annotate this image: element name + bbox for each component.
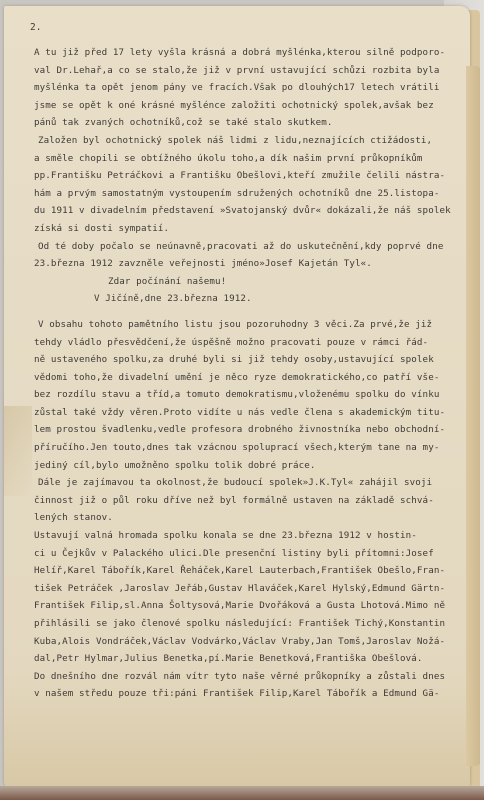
- text-line: val Dr.Lehař,a co se stalo,že již v prvn…: [34, 62, 474, 80]
- text-line: 23.března 1912 zavzněle veřejnosti jméno…: [34, 255, 474, 273]
- text-line: vědomi toho,že divadelní umění je něco r…: [34, 369, 474, 387]
- text-line: Od té doby počalo se neúnavně,pracovati …: [34, 238, 474, 256]
- text-line: přihlásili se jako členové spolku násled…: [34, 615, 474, 633]
- text-line: Helíř,Karel Tábořík,Karel Řeháček,Karel …: [34, 562, 474, 580]
- text-line: dal,Petr Hylmar,Julius Benetka,pí.Marie …: [34, 650, 474, 668]
- text-line: bez rozdílu stavu a tříd,a tomuto demokr…: [34, 386, 474, 404]
- text-line: du 1911 v divadelním představení »Svatoj…: [34, 202, 474, 220]
- page-number: 2.: [30, 22, 41, 33]
- place-date: V Jičíně,dne 23.března 1912.: [34, 290, 474, 308]
- salutation: Zdar počínání našemu!: [34, 273, 474, 291]
- text-line: jsme se opět k oné krásné myšlénce založ…: [34, 97, 474, 115]
- text-line: pp.Františku Petráčkovi a Františku Obeš…: [34, 167, 474, 185]
- text-line: zůstal také vždy věren.Proto vidíte u ná…: [34, 404, 474, 422]
- text-line: a směle chopili se obtížného úkolu toho,…: [34, 150, 474, 168]
- text-line: lem prostou švadlenku,vedle profesora dr…: [34, 421, 474, 439]
- text-line: získá si dosti sympatií.: [34, 220, 474, 238]
- text-line: hám a prvým samostatným vystoupením sdru…: [34, 185, 474, 203]
- text-line: činnost již o půl roku dříve než byl for…: [34, 492, 474, 510]
- text-line: Založen byl ochotnický spolek náš lidmi …: [34, 132, 474, 150]
- typewritten-body: A tu již před 17 lety vyšla krásná a dob…: [34, 44, 474, 703]
- text-line: Do dnešního dne rozvál nám vítr tyto naš…: [34, 668, 474, 686]
- text-line: Kuba,Alois Vondráček,Václav Vodvárko,Vác…: [34, 633, 474, 651]
- text-line: tišek Petráček ,Jaroslav Jeřáb,Gustav Hl…: [34, 580, 474, 598]
- text-line: jediný cíl,bylo umožněno spolku tolik do…: [34, 457, 474, 475]
- text-line: František Filip,sl.Anna Šoltysová,Marie …: [34, 597, 474, 615]
- text-line: v našem středu pouze tři:páni František …: [34, 685, 474, 703]
- table-surface-edge: [0, 786, 484, 800]
- paragraph-gap: [34, 308, 474, 316]
- text-line: tehdy vládlo přesvědčení,že úspěšně možn…: [34, 334, 474, 352]
- text-line: Ustavují valná hromada spolku konala se …: [34, 527, 474, 545]
- text-line: ci u Čejkův v Palackého ulici.Dle presen…: [34, 545, 474, 563]
- text-line: myšlénka ta opět jenom pány ve fracích.V…: [34, 79, 474, 97]
- text-line: pánů tak zvaných ochotníků,což se také s…: [34, 114, 474, 132]
- text-line: A tu již před 17 lety vyšla krásná a dob…: [34, 44, 474, 62]
- text-line: Dále je zajímavou ta okolnost,že budoucí…: [34, 474, 474, 492]
- paper-fold-shadow: [4, 406, 32, 496]
- text-line: V obsahu tohoto pamětního listu jsou poz…: [34, 316, 474, 334]
- text-line: příručího.Jen touto,dnes tak vzácnou spo…: [34, 439, 474, 457]
- text-line: ně ustaveného spolku,za druhé byli si ji…: [34, 351, 474, 369]
- text-line: lených stanov.: [34, 509, 474, 527]
